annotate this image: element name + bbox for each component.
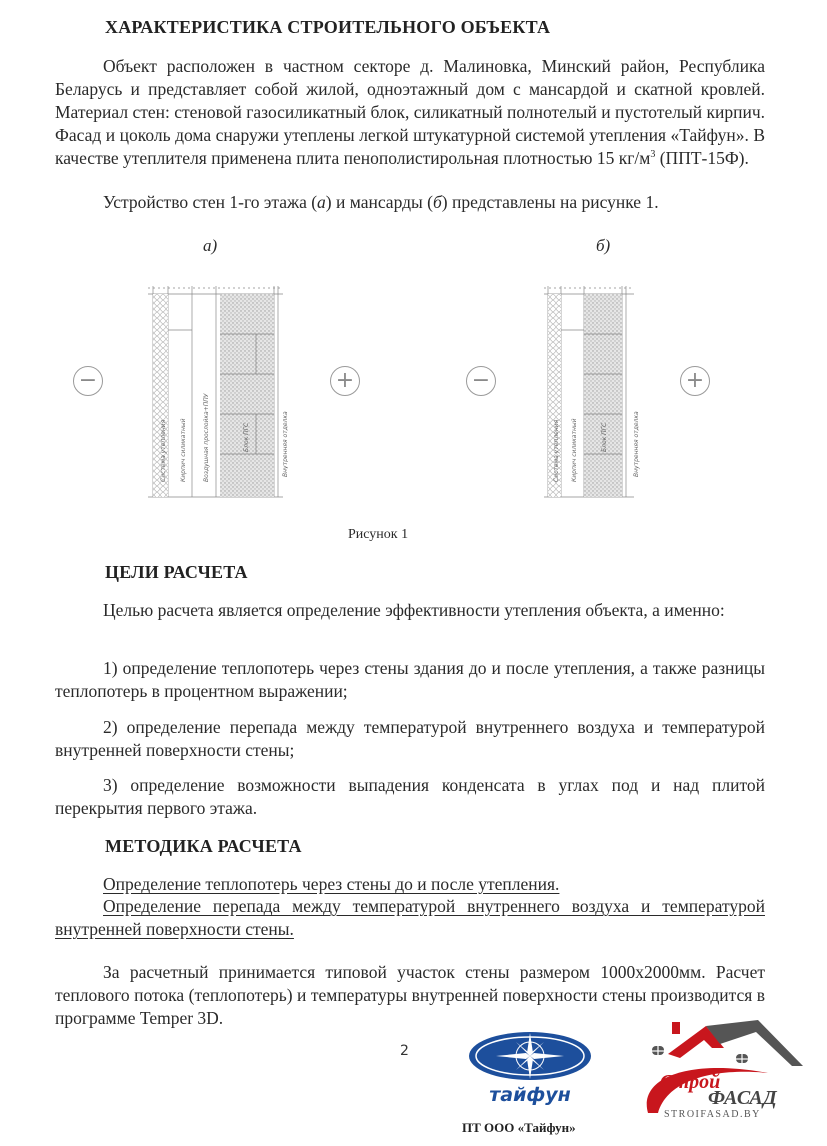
section-title-goals: ЦЕЛИ РАСЧЕТА [105,562,248,583]
section-title-method: МЕТОДИКА РАСЧЕТА [105,836,302,857]
outside-minus-icon: − [73,366,103,396]
svg-text:Внутренняя отделка: Внутренняя отделка [282,411,288,477]
method-subtitle-temperature: Определение перепада между температурой … [55,895,765,941]
svg-text:Система утепления: Система утепления [553,419,560,482]
wall-section-b-diagram: Система утепления Кирпич силикатный Блок… [544,282,644,512]
stroifasad-logo: Строй ФАСАД STROIFASAD.BY [628,1018,825,1118]
goals-intro: Целью расчета является определение эффек… [55,599,765,622]
text: б [433,192,442,212]
company-name: ПТ ООО «Тайфун» [462,1120,576,1136]
svg-text:Блок ПГС: Блок ПГС [243,422,250,452]
text: ) и мансарды ( [326,192,433,212]
goal-item: 1) определение теплопотерь через стены з… [55,657,765,703]
text: Устройство стен 1-го этажа ( [103,192,317,212]
figure-label-b: б) [596,236,610,256]
typhoon-logo: тайфун [466,1030,594,1116]
text: ) представлены на рисунке 1. [442,192,659,212]
inside-plus-icon: + [680,366,710,396]
section-title-object: ХАРАКТЕРИСТИКА СТРОИТЕЛЬНОГО ОБЪЕКТА [105,17,550,38]
method-subtitle-heat-loss: Определение теплопотерь через стены до и… [55,873,765,896]
figure-caption: Рисунок 1 [348,527,408,543]
inside-plus-icon: + [330,366,360,396]
svg-text:ФАСАД: ФАСАД [708,1087,778,1109]
figure-label-a: а) [203,236,217,256]
document-page: ХАРАКТЕРИСТИКА СТРОИТЕЛЬНОГО ОБЪЕКТА Объ… [0,0,827,1146]
object-description: Объект расположен в частном секторе д. М… [55,55,765,170]
outside-minus-icon: − [466,366,496,396]
svg-text:Воздушная прослойка+ППУ: Воздушная прослойка+ППУ [203,393,210,482]
svg-text:Внутренняя отделка: Внутренняя отделка [633,411,640,477]
wall-section-a-diagram: Система утепления Кирпич силикатный Возд… [148,282,288,512]
svg-text:Кирпич силикатный: Кирпич силикатный [180,418,187,482]
text: а [317,192,326,212]
object-description-end: (ППТ-15Ф). [655,148,749,168]
svg-text:Блок ПГС: Блок ПГС [601,422,608,452]
svg-text:STROIFASAD.BY: STROIFASAD.BY [664,1109,761,1118]
svg-text:Система утепления: Система утепления [160,419,167,482]
svg-text:Кирпич силикатный: Кирпич силикатный [571,418,578,482]
page-number: 2 [400,1043,409,1059]
svg-text:тайфун: тайфун [489,1084,571,1106]
goal-item: 2) определение перепада между температур… [55,716,765,762]
figure-reference: Устройство стен 1-го этажа (а) и мансард… [55,191,765,214]
goal-item: 3) определение возможности выпадения кон… [55,774,765,820]
